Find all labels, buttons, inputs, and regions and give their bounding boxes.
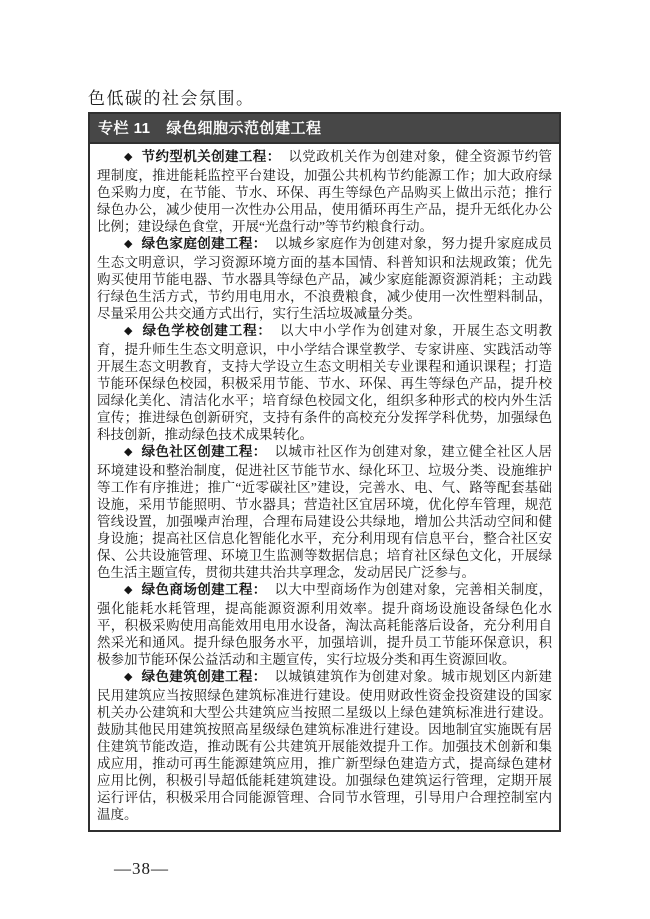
panel-paragraph: ◆ 绿色学校创建工程： 以大中小学作为创建对象，开展生态文明教育，提升师生生态文…	[97, 322, 552, 443]
panel-paragraph: ◆ 绿色社区创建工程： 以城市社区作为创建对象，建立健全社区人居环境建设和整治制…	[97, 443, 552, 581]
document-page: 色低碳的社会氛围。 专栏 11 绿色细胞示范创建工程 ◆ 节约型机关创建工程： …	[0, 0, 650, 919]
diamond-bullet-icon: ◆	[124, 325, 133, 337]
paragraph-body: 以城镇建筑作为创建对象。城市规划区内新建民用建筑应当按照绿色建筑标准进行建设。使…	[97, 669, 552, 822]
panel-header: 专栏 11 绿色细胞示范创建工程	[90, 114, 559, 142]
paragraph-heading: 绿色社区创建工程：	[142, 444, 267, 459]
panel-paragraph: ◆ 绿色家庭创建工程： 以城乡家庭作为创建对象，努力提升家庭成员生态文明意识，学…	[97, 235, 552, 322]
paragraph-body: 以城市社区作为创建对象，建立健全社区人居环境建设和整治制度，促进社区节能节水、绿…	[97, 444, 552, 580]
diamond-bullet-icon: ◆	[124, 238, 133, 250]
diamond-bullet-icon: ◆	[124, 151, 133, 163]
paragraph-heading: 绿色家庭创建工程：	[142, 236, 267, 251]
panel-paragraph: ◆ 绿色建筑创建工程： 以城镇建筑作为创建对象。城市规划区内新建民用建筑应当按照…	[97, 668, 552, 823]
panel-paragraph: ◆ 绿色商场创建工程： 以大中型商场作为创建对象，完善相关制度，强化能耗水耗管理…	[97, 581, 552, 668]
paragraph-heading: 节约型机关创建工程：	[142, 149, 281, 164]
paragraph-heading: 绿色商场创建工程：	[142, 582, 267, 597]
panel-title-label: 专栏 11	[98, 117, 151, 138]
panel-title-text: 绿色细胞示范创建工程	[167, 117, 322, 138]
paragraph-body: 以大中小学作为创建对象，开展生态文明教育，提升师生生态文明意识，中小学结合课堂教…	[97, 323, 552, 442]
panel-paragraph: ◆ 节约型机关创建工程： 以党政机关作为创建对象，健全资源节约管理制度，推进能耗…	[97, 148, 552, 235]
body-text-continuation: 色低碳的社会氛围。	[88, 84, 255, 109]
panel-body: ◆ 节约型机关创建工程： 以党政机关作为创建对象，健全资源节约管理制度，推进能耗…	[90, 142, 559, 830]
diamond-bullet-icon: ◆	[124, 584, 133, 596]
column-11-panel: 专栏 11 绿色细胞示范创建工程 ◆ 节约型机关创建工程： 以党政机关作为创建对…	[88, 112, 561, 832]
diamond-bullet-icon: ◆	[124, 671, 133, 683]
paragraph-heading: 绿色学校创建工程：	[143, 323, 272, 338]
paragraph-heading: 绿色建筑创建工程：	[142, 669, 267, 684]
page-number: —38—	[114, 859, 169, 879]
diamond-bullet-icon: ◆	[124, 446, 133, 458]
